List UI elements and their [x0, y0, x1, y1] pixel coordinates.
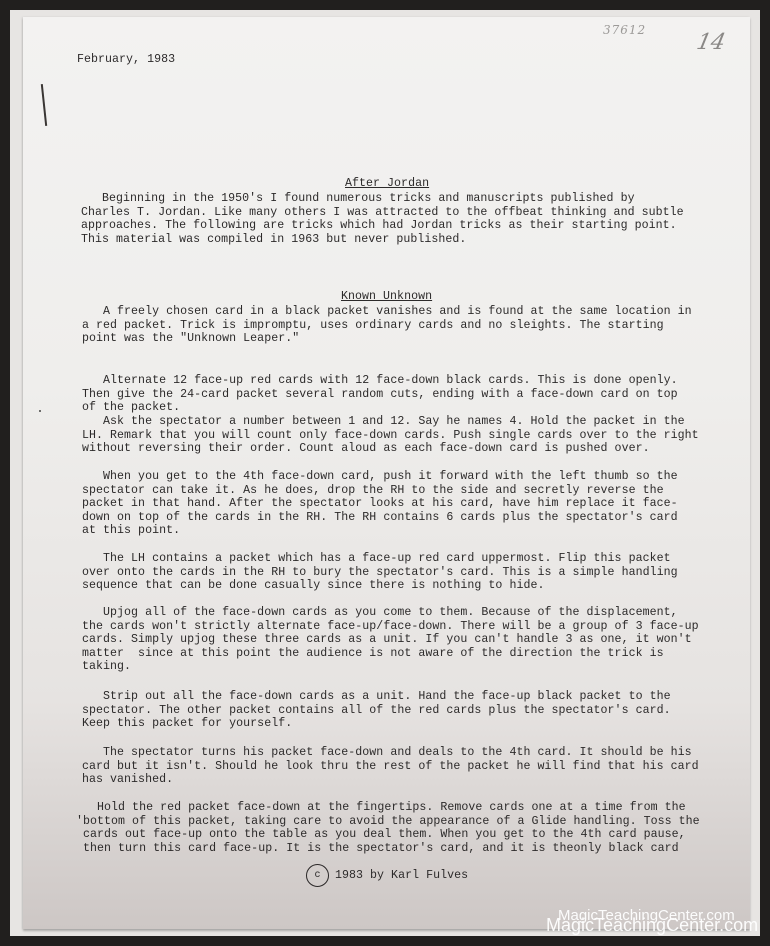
- trick-paragraph: Hold the red packet face-down at the fin…: [76, 801, 700, 855]
- text-line: cards. Simply upjog these three cards as…: [82, 633, 699, 647]
- intro-paragraph: Beginning in the 1950's I found numerous…: [81, 192, 684, 246]
- copyright-circle-icon: c: [306, 864, 329, 887]
- text-line: The spectator turns his packet face-down…: [82, 746, 699, 760]
- text-line: down on top of the cards in the RH. The …: [82, 511, 678, 525]
- text-line: matter since at this point the audience …: [82, 647, 699, 661]
- text-line: spectator can take it. As he does, drop …: [82, 484, 678, 498]
- text-line: LH. Remark that you will count only face…: [82, 429, 699, 443]
- text-line: without reversing their order. Count alo…: [82, 442, 699, 456]
- watermark-text-shadow: MagicTeachingCenter.com: [546, 915, 758, 936]
- trick-paragraph: Upjog all of the face-down cards as you …: [82, 606, 699, 674]
- trick-title-known-unknown: Known Unknown: [341, 290, 432, 303]
- text-line: This material was compiled in 1963 but n…: [81, 233, 684, 247]
- text-line: The LH contains a packet which has a fac…: [82, 552, 678, 566]
- text-line: the cards won't strictly alternate face-…: [82, 620, 699, 634]
- text-line: Keep this packet for yourself.: [82, 717, 671, 731]
- section-title-after-jordan: After Jordan: [345, 177, 429, 190]
- trick-paragraph: When you get to the 4th face-down card, …: [82, 470, 678, 538]
- copyright-text: 1983 by Karl Fulves: [335, 869, 468, 882]
- text-line: sequence that can be done casually since…: [82, 579, 678, 593]
- document-date: February, 1983: [77, 53, 175, 66]
- text-line: then turn this card face-up. It is the s…: [76, 842, 700, 856]
- text-line: card but it isn't. Should he look thru t…: [82, 760, 699, 774]
- trick-paragraph: Alternate 12 face-up red cards with 12 f…: [82, 374, 678, 415]
- text-line: packet in that hand. After the spectator…: [82, 497, 678, 511]
- text-line: A freely chosen card in a black packet v…: [82, 305, 692, 319]
- text-line: Upjog all of the face-down cards as you …: [82, 606, 699, 620]
- text-line: has vanished.: [82, 773, 699, 787]
- text-line: Then give the 24-card packet several ran…: [82, 388, 678, 402]
- text-line: at this point.: [82, 524, 678, 538]
- text-line: Beginning in the 1950's I found numerous…: [81, 192, 684, 206]
- text-line: Hold the red packet face-down at the fin…: [76, 801, 700, 815]
- paper-speck: [39, 410, 41, 412]
- text-line: taking.: [82, 660, 699, 674]
- text-line: 'bottom of this packet, taking care to a…: [76, 815, 700, 829]
- text-line: Ask the spectator a number between 1 and…: [82, 415, 699, 429]
- text-line: Strip out all the face-down cards as a u…: [82, 690, 671, 704]
- text-line: Charles T. Jordan. Like many others I wa…: [81, 206, 684, 220]
- text-line: a red packet. Trick is impromptu, uses o…: [82, 319, 692, 333]
- text-line: Alternate 12 face-up red cards with 12 f…: [82, 374, 678, 388]
- text-line: When you get to the 4th face-down card, …: [82, 470, 678, 484]
- text-line: point was the "Unknown Leaper.": [82, 332, 692, 346]
- handwritten-page-number: 14: [694, 30, 727, 55]
- text-line: approaches. The following are tricks whi…: [81, 219, 684, 233]
- trick-paragraph: Ask the spectator a number between 1 and…: [82, 415, 699, 456]
- text-line: cards out face-up onto the table as you …: [76, 828, 700, 842]
- text-line: spectator. The other packet contains all…: [82, 704, 671, 718]
- text-line: of the packet.: [82, 401, 678, 415]
- trick-paragraph: The spectator turns his packet face-down…: [82, 746, 699, 787]
- text-line: over onto the cards in the RH to bury th…: [82, 566, 678, 580]
- trick-paragraph: The LH contains a packet which has a fac…: [82, 552, 678, 593]
- copyright-notice: c 1983 by Karl Fulves: [306, 864, 468, 887]
- handwritten-accession-number: 37612: [603, 23, 646, 37]
- trick-paragraph: Strip out all the face-down cards as a u…: [82, 690, 671, 731]
- trick-paragraph: A freely chosen card in a black packet v…: [82, 305, 692, 346]
